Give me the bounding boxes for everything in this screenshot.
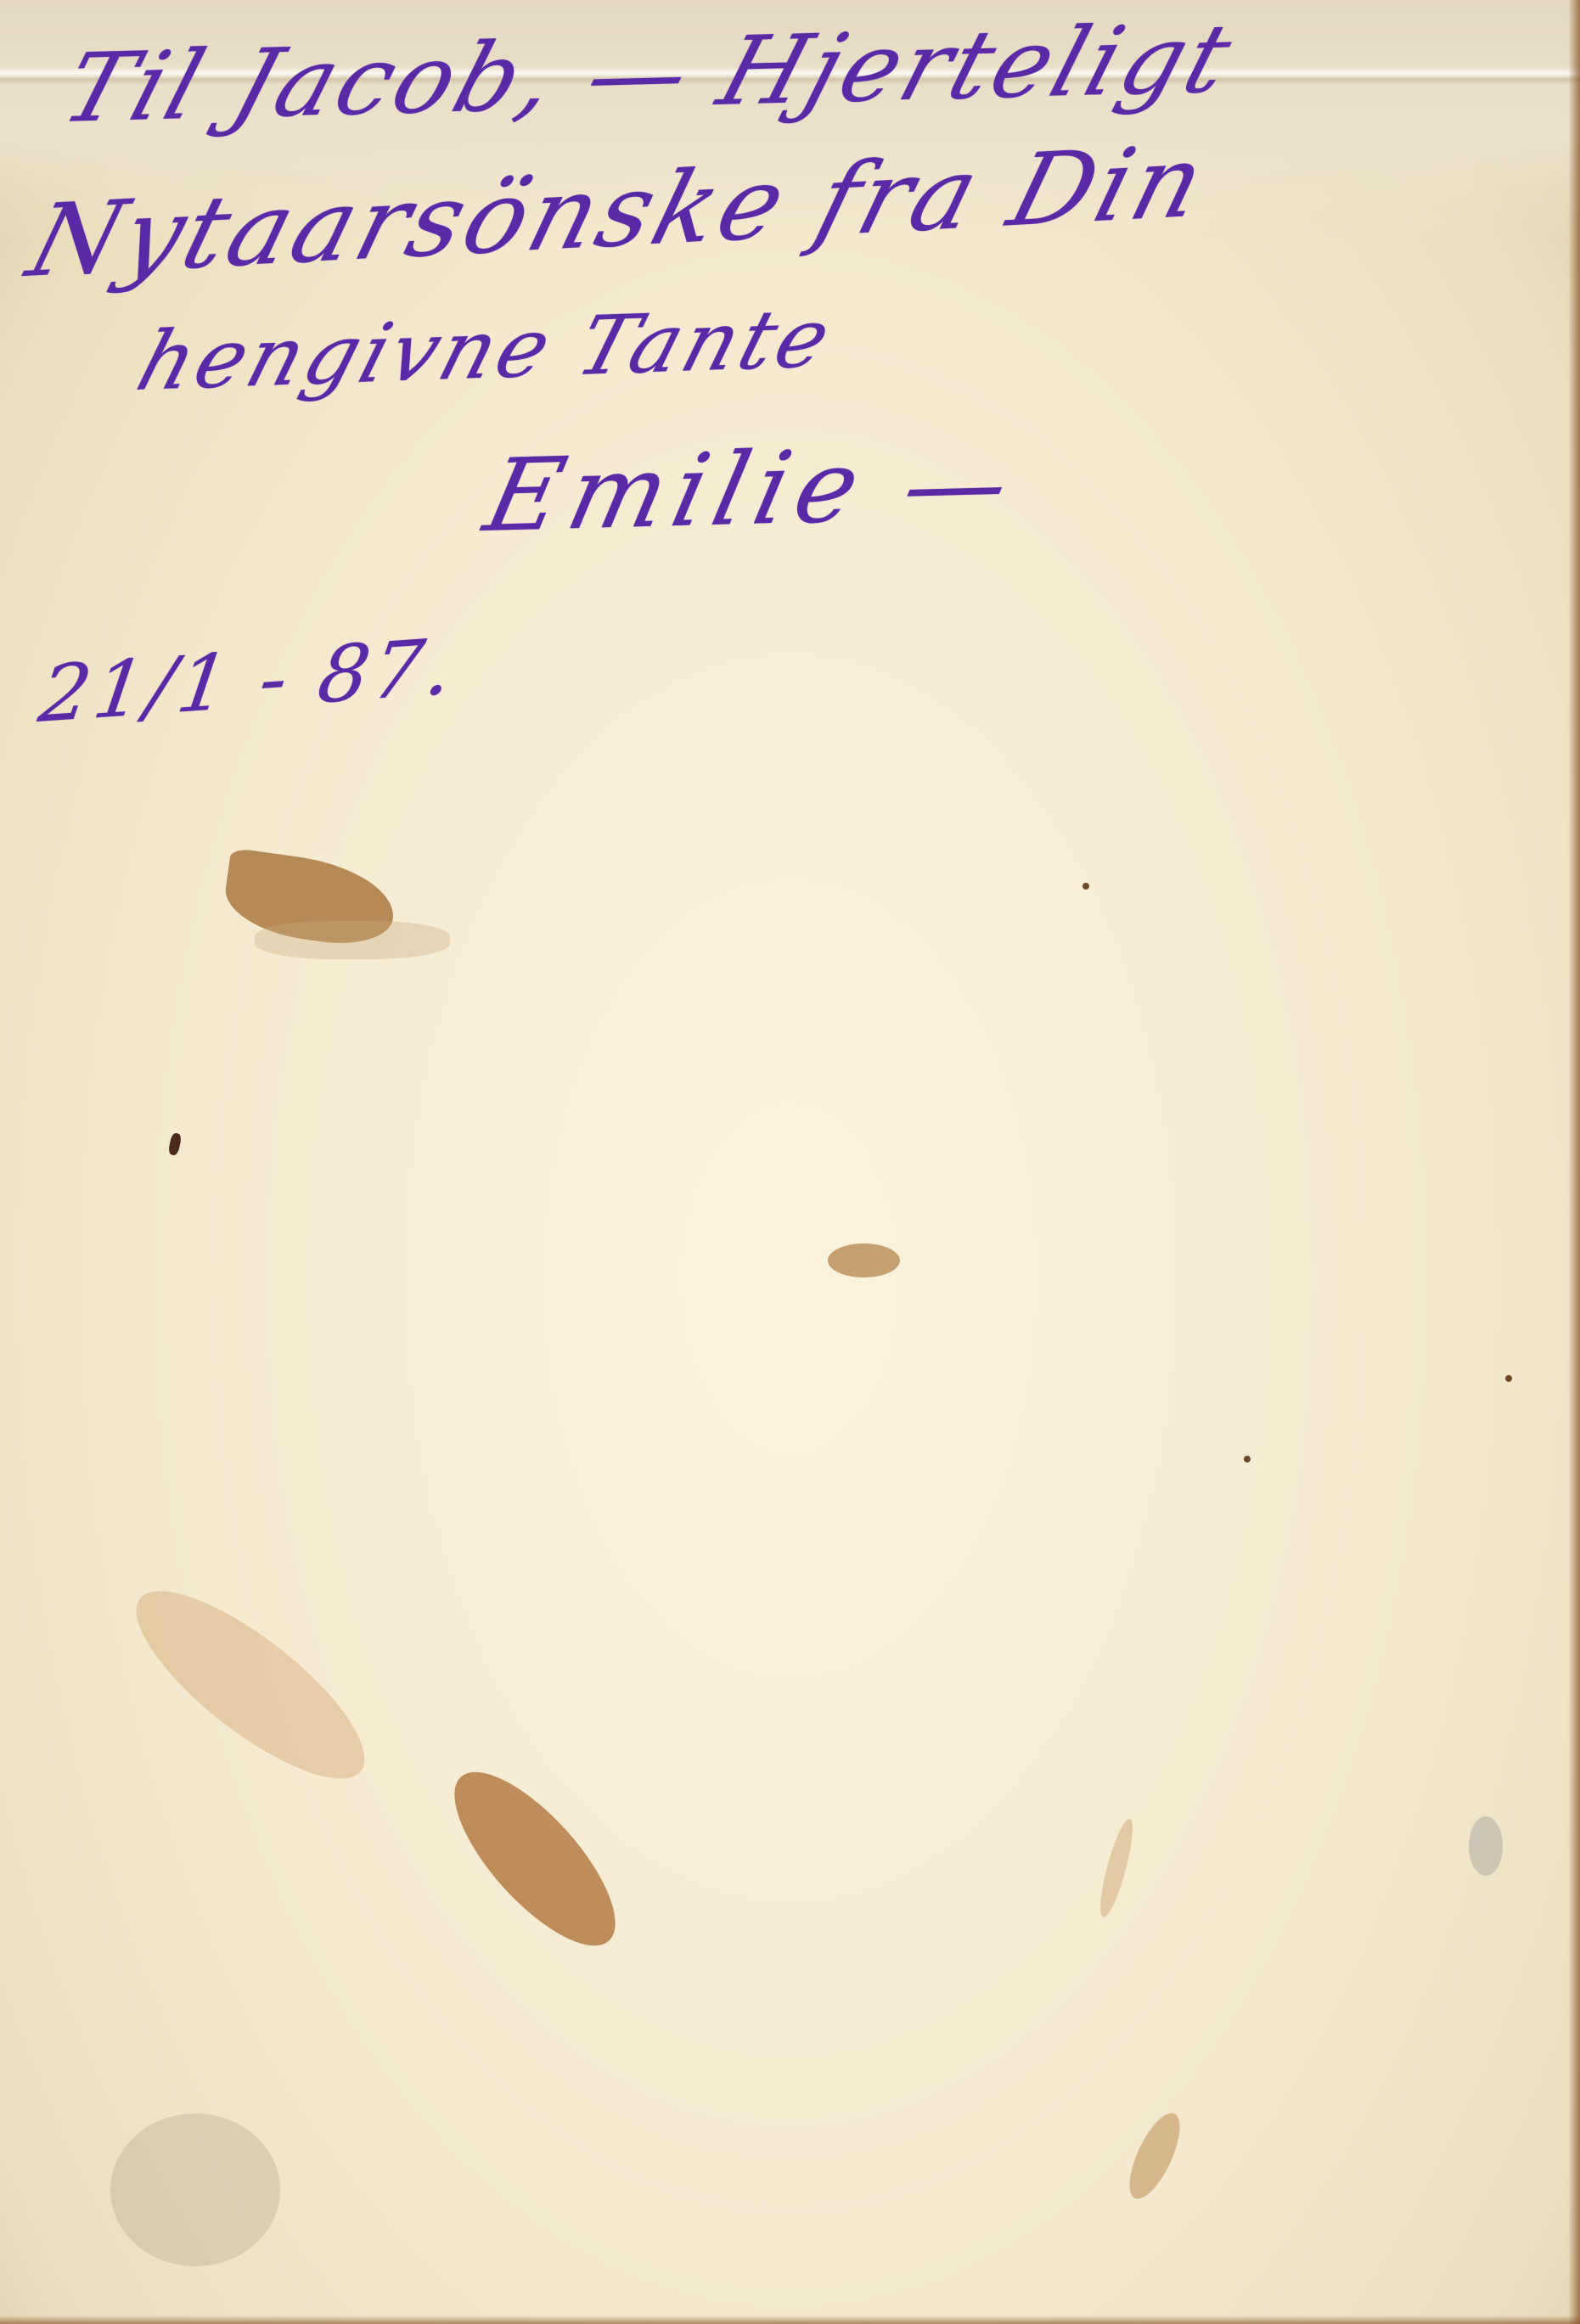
speck bbox=[1505, 1375, 1512, 1382]
card-edge-right bbox=[1568, 0, 1580, 2324]
stain-streak bbox=[1120, 2107, 1190, 2206]
speck bbox=[1082, 883, 1089, 890]
stain-faded bbox=[255, 921, 450, 959]
handwritten-date: 21/1 - 87. bbox=[34, 621, 462, 740]
stain-smudge bbox=[110, 2113, 280, 2266]
card-edge-bottom bbox=[0, 2316, 1580, 2324]
stain-streak bbox=[1094, 1816, 1139, 1920]
stain-grey bbox=[1469, 1816, 1503, 1876]
stain-small bbox=[828, 1243, 900, 1277]
ink-speck bbox=[167, 1132, 182, 1156]
signature: Emilie — bbox=[475, 424, 1028, 554]
stain-faded bbox=[111, 1562, 390, 1808]
inscription-line-3: hengivne Tante bbox=[127, 290, 844, 409]
card-back: Til Jacob, — Hjerteligt Nytaarsönske fra… bbox=[0, 0, 1580, 2324]
speck bbox=[1244, 1456, 1251, 1462]
stain-brown bbox=[430, 1749, 640, 1969]
